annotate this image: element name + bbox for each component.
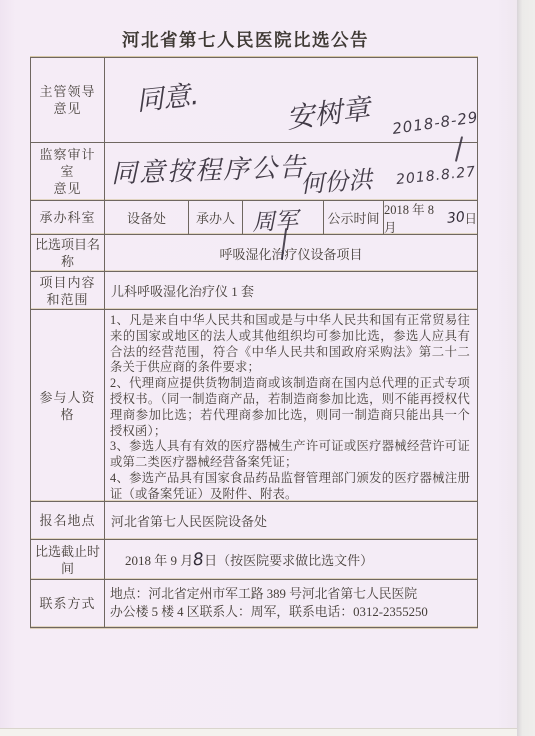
deadline-day-handwritten: 8: [192, 549, 205, 570]
publicity-time-label: 公示时间: [323, 201, 383, 234]
leader-opinion-handwritten: 同意.: [134, 73, 200, 118]
department-value: 设备处: [104, 201, 188, 234]
audit-opinion-label: 监察审计室 意见: [31, 143, 104, 200]
contact-address-line: 地点：河北省定州市军工路 389 号河北省第七人民医院: [110, 585, 471, 603]
qualification-label: 参与人资格: [31, 310, 104, 501]
row-qualification: 参与人资格 1、凡是来自中华人民共和国或是与中华人民共和国有正常贸易往来的国家或…: [31, 309, 477, 501]
deadline-label: 比选截止时间: [31, 540, 104, 579]
publicity-date-prefix: 2018 年 8 月: [384, 200, 447, 236]
handler-label: 承办人: [188, 201, 242, 234]
leader-opinion-label: 主管领导 意见: [31, 58, 104, 142]
registration-value: 河北省第七人民医院设备处: [104, 502, 477, 539]
deadline-prefix: 2018 年 9 月: [125, 550, 193, 569]
leader-opinion-label-line2: 意见: [53, 100, 81, 117]
contact-person-phone-line: 办公楼 5 楼 4 区联系人：周军，联系电话：0312-2355250: [110, 603, 471, 621]
qualification-list: 1、凡是来自中华人民共和国或是与中华人民共和国有正常贸易往来的国家或地区的法人或…: [104, 310, 477, 501]
scan-edge-right: [517, 0, 535, 736]
project-scope-label-line2: 和范围: [46, 291, 88, 308]
deadline-suffix: 日（按医院要求做比选文件）: [204, 550, 373, 569]
qualification-item: 3、参选人具有有效的医疗器械生产许可证或医疗器械经营许可证或第二类医疗器械经营备…: [110, 439, 470, 471]
contact-info: 地点：河北省定州市军工路 389 号河北省第七人民医院 办公楼 5 楼 4 区联…: [104, 580, 477, 627]
page-title: 河北省第七人民医院比选公告: [0, 27, 504, 52]
audit-opinion-label-line2: 意见: [53, 180, 81, 197]
deadline-value: 2018 年 9 月 8 日（按医院要求做比选文件）: [104, 540, 477, 579]
row-registration: 报名地点 河北省第七人民医院设备处: [31, 501, 477, 539]
row-project-scope: 项目内容 和范围 儿科呼吸湿化治疗仪 1 套: [31, 271, 477, 309]
audit-opinion-label-line1: 监察审计室: [33, 146, 102, 180]
handler-signature-handwritten: 周军: [251, 202, 299, 237]
leader-opinion-label-line1: 主管领导: [39, 83, 95, 100]
department-label: 承办科室: [31, 201, 104, 234]
publicity-date-day-handwritten: 30: [446, 209, 465, 227]
project-scope-label: 项目内容 和范围: [31, 272, 104, 309]
qualification-item: 1、凡是来自中华人民共和国或是与中华人民共和国有正常贸易往来的国家或地区的法人或…: [110, 313, 470, 376]
announcement-table: 主管领导 意见 监察审计室 意见 承办科室 设备处 承办人 公示时间 2018 …: [30, 57, 478, 628]
project-name-value: 呼吸湿化治疗仪设备项目: [104, 235, 477, 271]
qualification-item: 2、代理商应提供货物制造商或该制造商在国内总代理的正式专项授权书。（同一制造商产…: [110, 376, 470, 439]
project-name-label: 比选项目名称: [31, 235, 104, 271]
qualification-item: 4、参选产品具有国家食品药品监督管理部门颁发的医疗器械注册证（或备案凭证）及附件…: [110, 471, 470, 501]
scanned-announcement-page: 河北省第七人民医院比选公告 主管领导 意见 监察审计室 意见 承办科室 设备处 …: [0, 0, 535, 736]
row-contact: 联系方式 地点：河北省定州市军工路 389 号河北省第七人民医院 办公楼 5 楼…: [31, 579, 477, 627]
registration-label: 报名地点: [31, 502, 104, 539]
project-scope-label-line1: 项目内容: [39, 274, 95, 291]
audit-opinion-handwritten: 同意按程序公告: [110, 147, 307, 191]
publicity-date-cell: 2018 年 8 月30日: [383, 201, 477, 234]
project-scope-value: 儿科呼吸湿化治疗仪 1 套: [104, 272, 477, 309]
contact-label: 联系方式: [31, 580, 104, 627]
publicity-date-suffix: 日: [464, 209, 477, 227]
row-deadline: 比选截止时间 2018 年 9 月 8 日（按医院要求做比选文件）: [31, 539, 477, 579]
scan-edge-bottom: [0, 728, 517, 736]
row-project-name: 比选项目名称 呼吸湿化治疗仪设备项目: [31, 234, 477, 271]
audit-signature-handwritten: 何份洪: [299, 160, 373, 200]
